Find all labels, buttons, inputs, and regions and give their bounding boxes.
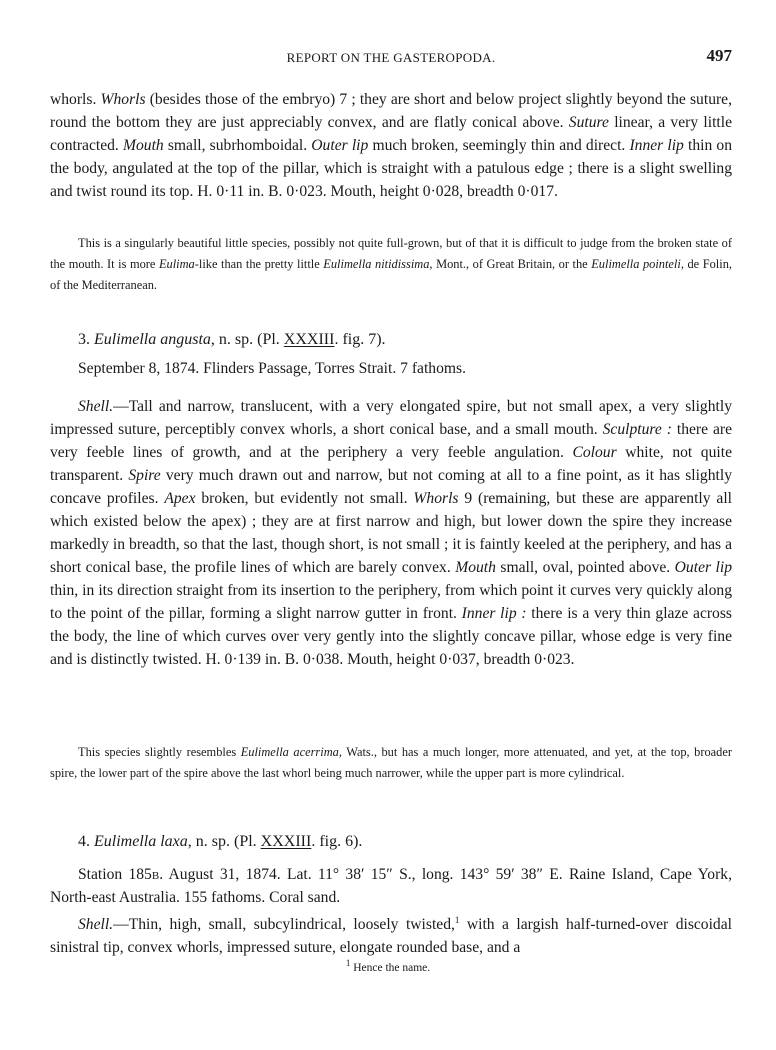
shell-description-4: Shell.—Thin, high, small, subcylindrical… — [50, 913, 732, 959]
text-run: small, subrhomboidal. — [164, 137, 312, 154]
running-head-title: REPORT ON THE GASTEROPODA. — [50, 50, 732, 66]
text-run: broken, but evidently not small. — [196, 490, 414, 507]
italic-term: Eulimella acerrima — [241, 745, 339, 759]
species-number: 4. — [78, 833, 90, 850]
italic-term: Apex — [164, 490, 195, 507]
italic-term: Mouth — [123, 137, 164, 154]
locality-4: Station 185b. August 31, 1874. Lat. 11° … — [50, 863, 732, 909]
species-number: 3. — [78, 331, 90, 348]
book-page: REPORT ON THE GASTEROPODA. 497 whorls. W… — [0, 0, 776, 1050]
species-heading-4: 4. Eulimella laxa, n. sp. (Pl. XXXIII. f… — [78, 833, 362, 851]
italic-term: Eulimella nitidissima — [323, 257, 429, 271]
text-run: -like than the pretty little — [195, 257, 324, 271]
remark-paragraph-1: This is a singularly beautiful little sp… — [50, 233, 732, 296]
italic-term: Whorls — [413, 490, 458, 507]
page-number: 497 — [707, 46, 733, 66]
italic-term: Colour — [572, 444, 616, 461]
italic-term: Sculpture : — [603, 421, 672, 438]
species-status: , n. sp. (Pl. — [211, 331, 284, 348]
italic-term: Eulima — [159, 257, 195, 271]
text-run: —Thin, high, small, subcylindrical, loos… — [113, 916, 455, 933]
figure-reference: . fig. 6). — [311, 833, 362, 850]
italic-term: Inner lip — [629, 137, 683, 154]
plate-reference: XXXIII — [261, 833, 312, 850]
text-run: small, oval, pointed above. — [496, 559, 675, 576]
text-run: whorls. — [50, 91, 101, 108]
species-status: , n. sp. (Pl. — [188, 833, 261, 850]
species-name: Eulimella laxa — [94, 833, 188, 850]
locality-3: September 8, 1874. Flinders Passage, Tor… — [50, 357, 732, 380]
station-label: Station 185 — [78, 866, 152, 883]
footnote-text: Hence the name. — [350, 962, 430, 974]
continued-description: whorls. Whorls (besides those of the emb… — [50, 88, 732, 203]
text-run: much broken, seemingly thin and direct. — [368, 137, 629, 154]
running-head: REPORT ON THE GASTEROPODA. 497 — [50, 46, 732, 68]
remark-paragraph-2: This species slightly resembles Eulimell… — [50, 742, 732, 784]
species-name: Eulimella angusta — [94, 331, 211, 348]
shell-description-3: Shell.—Tall and narrow, translucent, wit… — [50, 395, 732, 671]
footnote: 1 Hence the name. — [0, 962, 776, 974]
text-run: This species slightly resembles — [78, 745, 241, 759]
italic-term: Mouth — [455, 559, 496, 576]
italic-term: Suture — [569, 114, 609, 131]
italic-term: Inner lip : — [462, 605, 527, 622]
italic-term: Outer lip — [311, 137, 368, 154]
italic-term: Shell. — [78, 398, 113, 415]
italic-term: Whorls — [101, 91, 146, 108]
italic-term: Eulimella pointeli — [591, 257, 681, 271]
italic-term: Spire — [128, 467, 160, 484]
plate-reference: XXXIII — [284, 331, 335, 348]
italic-term: Shell. — [78, 916, 113, 933]
italic-term: Outer lip — [675, 559, 732, 576]
text-run: , Mont., of Great Britain, or the — [429, 257, 591, 271]
figure-reference: . fig. 7). — [334, 331, 385, 348]
species-heading-3: 3. Eulimella angusta, n. sp. (Pl. XXXIII… — [78, 331, 386, 349]
